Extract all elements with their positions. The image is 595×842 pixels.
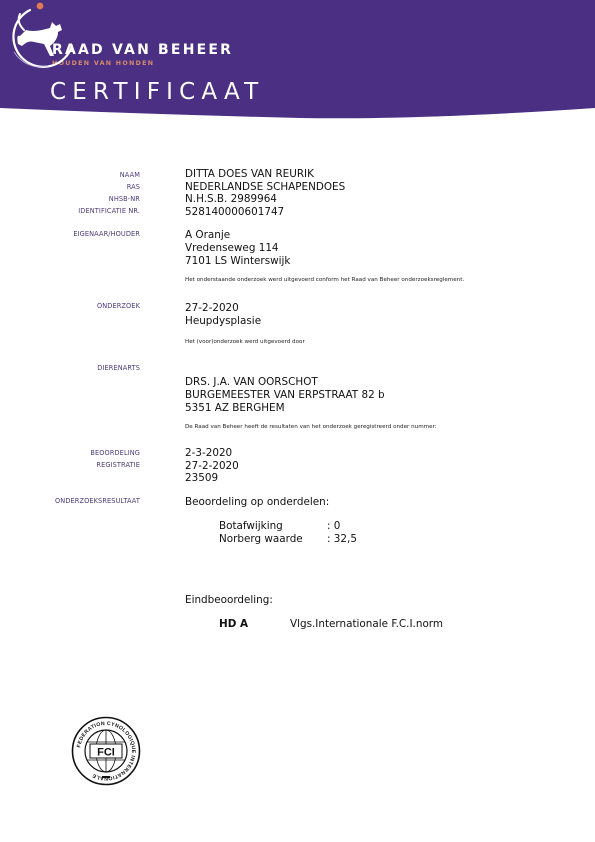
note-registered: De Raad van Beheer heeft de resultaten v… — [185, 424, 437, 430]
result-item-value: : 0 — [327, 520, 340, 532]
fci-seal-icon: FCI FEDERATION CYNOLOGIQUE INTERNATIONAL… — [71, 716, 141, 786]
assessment-date: 2-3-2020 — [185, 447, 232, 460]
final-label: Eindbeoordeling: — [185, 594, 273, 607]
vet-street: BURGEMEESTER VAN ERPSTRAAT 82 b — [185, 389, 385, 402]
examination-date: 27-2-2020 — [185, 302, 239, 315]
label-nhsb: NHSB-NR — [109, 195, 140, 203]
dog-nhsb: N.H.S.B. 2989964 — [185, 193, 277, 206]
label-registration: REGISTRATIE — [96, 461, 140, 469]
label-vet: DIERENARTS — [97, 364, 140, 372]
label-assessment: BEOORDELING — [90, 449, 140, 457]
label-name: NAAM — [120, 171, 140, 179]
registration-number: 23509 — [185, 472, 218, 485]
final-description: Vlgs.Internationale F.C.I.norm — [290, 618, 443, 630]
svg-text:FCI: FCI — [97, 747, 115, 759]
owner-city: 7101 LS Winterswijk — [185, 255, 290, 268]
label-result: ONDERZOEKSRESULTAAT — [55, 497, 140, 505]
final-grade: HD A — [219, 618, 248, 630]
registration-date: 27-2-2020 — [185, 460, 239, 473]
vet-name: DRS. J.A. VAN OORSCHOT — [185, 376, 318, 389]
vet-city: 5351 AZ BERGHEM — [185, 402, 285, 415]
result-item-value: : 32,5 — [327, 533, 357, 545]
result-item-name: Norberg waarde — [219, 533, 303, 545]
result-item-name: Botafwijking — [219, 520, 283, 532]
dog-breed: NEDERLANDSE SCHAPENDOES — [185, 181, 345, 194]
label-owner: EIGENAAR/HOUDER — [73, 230, 140, 238]
label-breed: RAS — [127, 183, 140, 191]
result-heading: Beoordeling op onderdelen: — [185, 496, 329, 509]
header-banner: RAAD VAN BEHEER HOUDEN VAN HONDEN CERTIF… — [0, 0, 595, 130]
dog-name: DITTA DOES VAN REURIK — [185, 168, 314, 181]
owner-name: A Oranje — [185, 229, 230, 242]
page-title: CERTIFICAAT — [50, 79, 264, 105]
note-regulation: Het onderstaande onderzoek werd uitgevoe… — [185, 277, 464, 283]
note-performed-by: Het (voor)onderzoek werd uitgevoerd door — [185, 339, 305, 345]
dog-id: 528140000601747 — [185, 206, 284, 219]
examination-type: Heupdysplasie — [185, 315, 261, 328]
owner-street: Vredenseweg 114 — [185, 242, 279, 255]
label-examination: ONDERZOEK — [97, 302, 140, 310]
label-id: IDENTIFICATIE NR. — [78, 207, 140, 215]
dog-jumping-circle-logo-icon — [0, 0, 84, 74]
